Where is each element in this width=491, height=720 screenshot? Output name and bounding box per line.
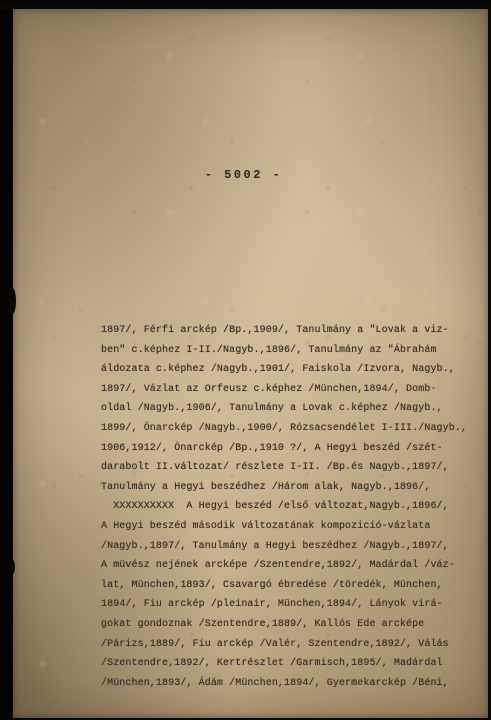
scan-edge-artifact bbox=[9, 288, 16, 314]
text-line: A Hegyi beszéd második változatának komp… bbox=[101, 517, 481, 537]
text-line: A müvész nejének arcképe /Szentendre,189… bbox=[101, 556, 481, 576]
scanned-document: - 5002 - 1897/, Férfi arckép /Bp.,1909/,… bbox=[0, 0, 491, 720]
text-line: 1906,1912/, Önarckép /Bp.,1910 ?/, A Heg… bbox=[101, 439, 481, 459]
text-line: /München,1893/, Ádám /München,1894/, Gye… bbox=[101, 674, 481, 694]
text-line: lat, München,1893/, Csavargó ébredése /t… bbox=[101, 576, 481, 596]
text-line: gokat gondoznak /Szentendre,1889/, Kalló… bbox=[101, 615, 481, 635]
text-line: darabolt II.változat/ részlete I-II. /Bp… bbox=[101, 458, 481, 478]
scan-edge-top bbox=[0, 0, 491, 9]
scan-edge-artifact bbox=[10, 560, 15, 574]
text-line: 1897/, Férfi arckép /Bp.,1909/, Tanulmán… bbox=[101, 321, 481, 341]
page-number: - 5002 - bbox=[13, 168, 474, 182]
text-line: oldal /Nagyb.,1906/, Tanulmány a Lovak c… bbox=[101, 399, 481, 419]
text-line: 1899/, Önarckép /Nagyb.,1900/, Rózsacsen… bbox=[101, 419, 481, 439]
text-line-struck: XXXXXXXXXX A Hegyi beszéd /első változat… bbox=[101, 497, 481, 517]
text-line: /Szentendre,1892/, Kertrészlet /Garmisch… bbox=[101, 654, 481, 674]
paper-page: - 5002 - 1897/, Férfi arckép /Bp.,1909/,… bbox=[13, 9, 488, 718]
text-line: /Nagyb.,1897/, Tanulmány a Hegyi beszédh… bbox=[101, 537, 481, 557]
typewritten-text-block: 1897/, Férfi arckép /Bp.,1909/, Tanulmán… bbox=[101, 321, 481, 693]
text-line: ben" c.képhez I-II./Nagyb.,1896/, Tanulm… bbox=[101, 341, 481, 361]
text-line: Tanulmány a Hegyi beszédhez /Három alak,… bbox=[101, 478, 481, 498]
text-line: 1894/, Fiu arckép /pleinair, München,189… bbox=[101, 595, 481, 615]
text-line: áldozata c.képhez /Nagyb.,1901/, Faiskol… bbox=[101, 360, 481, 380]
text-line: 1897/, Vázlat az Orfeusz c.képhez /Münch… bbox=[101, 380, 481, 400]
text-line: /Párizs,1889/, Fiu arckép /Valér, Szente… bbox=[101, 635, 481, 655]
